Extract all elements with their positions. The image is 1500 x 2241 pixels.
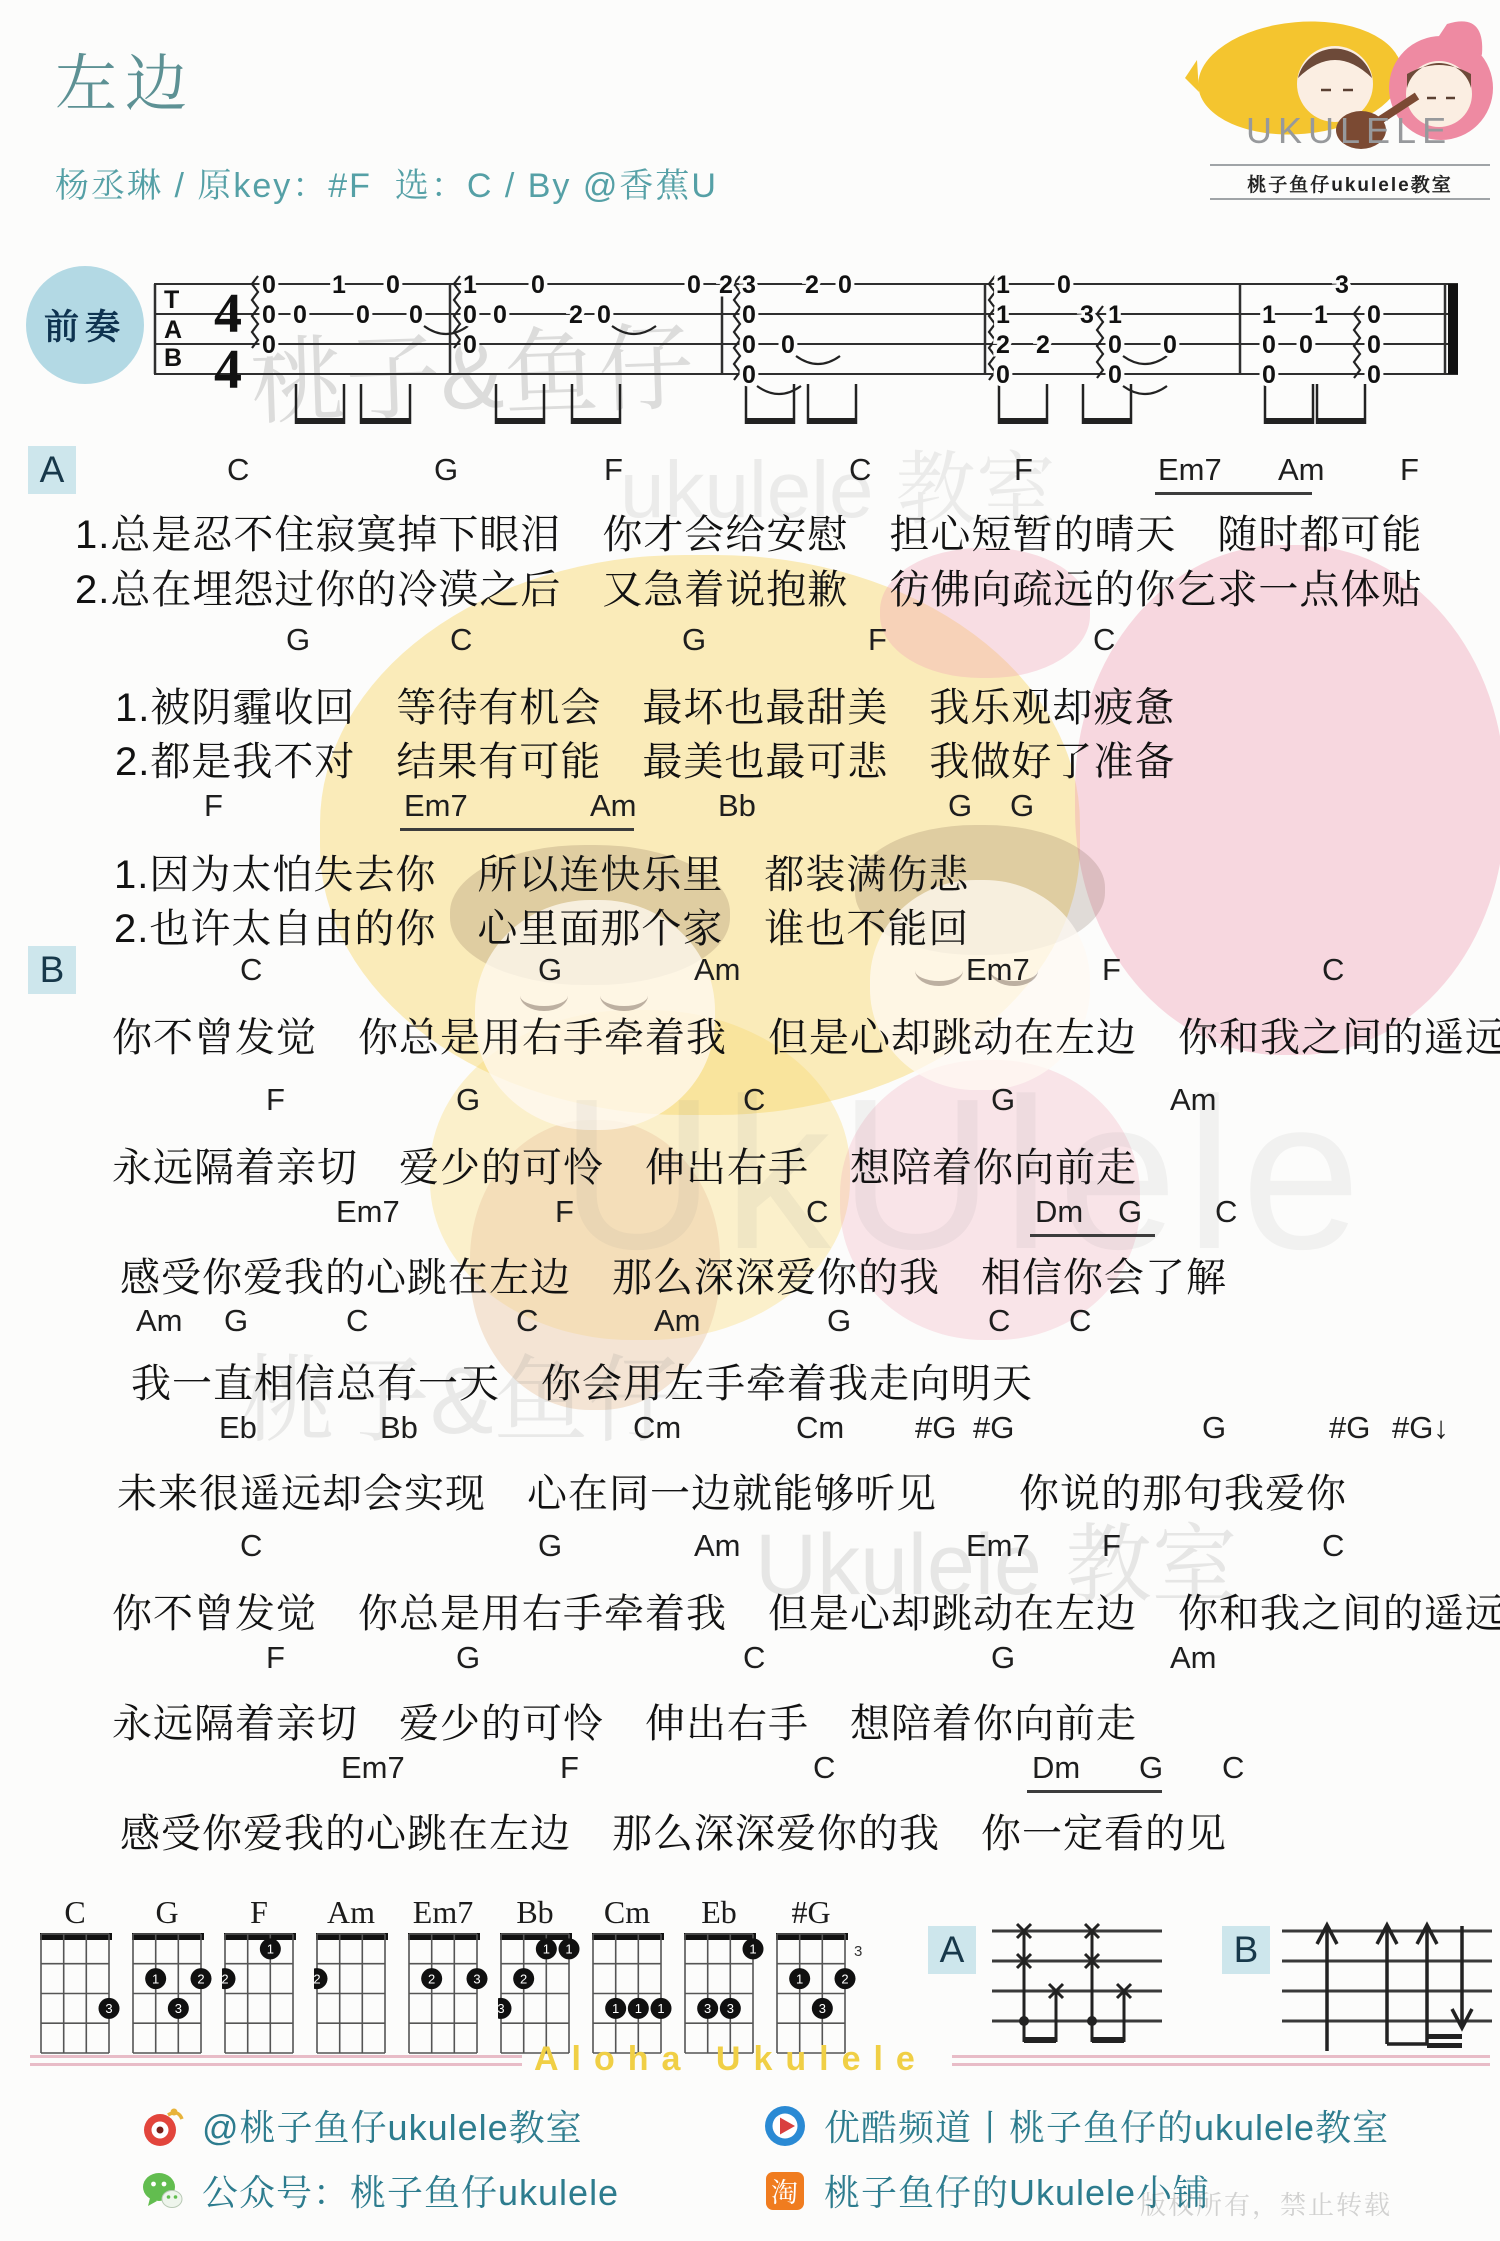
tab-note: 0 [531,272,545,299]
footer-divider-left [30,2063,522,2066]
chord-underline [1027,1790,1162,1793]
section-label-b: B [28,946,76,994]
chord-label: F [1102,952,1121,988]
tab-note: 0 [1299,331,1313,359]
tab-note: 1 [1314,301,1328,329]
lyric-line: 1.因为太怕失去你 所以连快乐里 都装满伤悲 [114,843,969,900]
chord-label: G [538,1528,562,1564]
svg-text:3: 3 [175,2001,182,2016]
chord-label: C [240,952,262,988]
svg-text:1: 1 [543,1942,550,1957]
song-meta: 杨丞琳 / 原key：#F 选：C / By @香蕉U [55,158,718,207]
chord-label: C [743,1082,765,1118]
chord-label: #G [915,1410,956,1446]
chord-label: F [266,1640,285,1676]
chord-label: G [1118,1194,1142,1230]
svg-text:2: 2 [197,1971,204,1986]
tab-note: 0 [1367,361,1381,389]
song-title: 左边 [55,34,195,123]
tab-note: 0 [262,331,276,359]
tab-note: 0 [1367,301,1381,329]
svg-text:2: 2 [841,1971,848,1986]
tab-note: 0 [1057,272,1071,299]
svg-text:1: 1 [657,2001,664,2016]
chord-label: F [604,452,623,488]
chord-diagram-name: Am [305,1894,397,1931]
tab-note: 0 [463,301,477,329]
tab-note: 2 [719,272,733,299]
chord-label: C [1222,1750,1244,1786]
lyric-line: 你不曾发觉 你总是用右手牵着我 但是心却跳动在左边 你和我之间的遥远 [112,1582,1500,1639]
chord-label: C [849,452,871,488]
svg-text:B: B [164,344,182,372]
chord-label: Em7 [336,1194,400,1230]
chord-underline [400,828,634,831]
chord-diagram-grid: 23 [406,1932,496,2062]
svg-text:1: 1 [796,1971,803,1986]
footer-weibo-text: @桃子鱼仔ukulele教室 [202,2100,583,2151]
chord-label: C [988,1303,1010,1339]
chord-label: C [516,1303,538,1339]
chord-label: G [224,1303,248,1339]
chord-label: Am [1170,1082,1217,1118]
tab-note: 0 [1262,331,1276,359]
chord-underline [1030,1234,1155,1237]
chord-label: Dm [1032,1750,1080,1786]
lyric-line: 1.总是忍不住寂寞掉下眼泪 你才会给安慰 担心短暂的晴天 随时都可能 [75,503,1422,560]
intro-section-badge: 前奏 [26,266,144,384]
tab-note: 0 [262,272,276,299]
chord-diagram-grid: 123 [130,1932,220,2062]
chord-diagram-name: F [213,1894,305,1931]
tab-note: 0 [597,301,611,329]
chord-label: G [991,1082,1015,1118]
chord-label: Bb [718,788,756,824]
chord-label: Cm [633,1410,681,1446]
lyric-line: 2.都是我不对 结果有可能 最美也最可悲 我做好了准备 [115,730,1175,787]
chord-label: G [1202,1410,1226,1446]
chord-label: Em7 [1158,452,1222,488]
lyric-line: 感受你爱我的心跳在左边 那么深深爱你的我 你一定看的见 [120,1802,1227,1859]
chord-label: G [286,622,310,658]
strum-pattern-a [992,1916,1167,2061]
lyric-line: 永远隔着亲切 爱少的可怜 伸出右手 想陪着你向前走 [112,1692,1137,1749]
taobao-icon: 淘 [762,2168,808,2214]
chord-label: Am [590,788,637,824]
lyric-line: 永远隔着亲切 爱少的可怜 伸出右手 想陪着你向前走 [112,1136,1137,1193]
chord-label: G [827,1303,851,1339]
tab-note: 2 [569,301,583,329]
chord-label: G [1010,788,1034,824]
lyric-line: 我一直相信总有一天 你会用左手牵着我走向明天 [131,1352,1033,1409]
svg-text:1: 1 [612,2001,619,2016]
tab-note: 0 [409,301,423,329]
footer-youku: 优酷频道丨桃子鱼仔的ukulele教室 [762,2100,1389,2151]
chord-label: F [555,1194,574,1230]
chord-label: C [346,1303,368,1339]
tab-note: 0 [1108,331,1122,359]
chord-diagram-name: Em7 [397,1894,489,1931]
chord-label: C [240,1528,262,1564]
tab-note: 3 [1080,301,1094,329]
svg-text:4: 4 [214,339,242,401]
lyric-line: 感受你爱我的心跳在左边 那么深深爱你的我 相信你会了解 [120,1246,1227,1303]
svg-text:1: 1 [565,1942,572,1957]
chord-label: Am [1278,452,1325,488]
tab-note: 0 [742,301,756,329]
logo-divider-bottom [1210,198,1490,200]
pattern-a-label: A [928,1926,976,1974]
chord-label: Em7 [966,952,1030,988]
footer-wechat: 公众号：桃子鱼仔ukulele [140,2165,619,2216]
chord-label: #G [973,1410,1014,1446]
tab-note: 0 [1262,361,1276,389]
tab-note: 2 [805,272,819,299]
svg-text:T: T [164,286,179,314]
tab-note: 0 [781,331,795,359]
tab-note: 1 [996,272,1010,299]
chord-label: G [434,452,458,488]
chord-diagram-name: C [29,1894,121,1931]
chord-label: Eb [219,1410,257,1446]
svg-text:3: 3 [854,1943,862,1960]
lyric-line: 你不曾发觉 你总是用右手牵着我 但是心却跳动在左边 你和我之间的遥远 [112,1006,1500,1063]
tab-note: 0 [742,331,756,359]
logo-caption-text: 桃子鱼仔ukulele教室 [1210,170,1490,197]
tab-note: 0 [356,301,370,329]
chord-label: F [560,1750,579,1786]
chord-label: C [743,1640,765,1676]
chord-label: F [266,1082,285,1118]
svg-text:1: 1 [152,1971,159,1986]
svg-text:A: A [164,316,182,344]
chord-label: C [1322,1528,1344,1564]
weibo-icon [140,2103,186,2149]
pattern-b-label: B [1222,1926,1270,1974]
tab-note: 0 [838,272,852,299]
chord-label: G [948,788,972,824]
tab-note: 0 [742,361,756,389]
tab-note: 0 [493,301,507,329]
aloha-banner-text: Aloha Ukulele [534,2040,928,2079]
tab-note: 0 [293,301,307,329]
youku-play-icon [762,2103,808,2149]
svg-text:1: 1 [635,2001,642,2016]
svg-text:3: 3 [727,2001,734,2016]
chord-label: C [1215,1194,1237,1230]
svg-text:2: 2 [314,1971,321,1986]
chord-label: G [456,1082,480,1118]
chord-label: Am [1170,1640,1217,1676]
wechat-icon [140,2168,186,2214]
taobao-glyph: 淘 [771,2178,799,2208]
tab-note: 1 [332,272,346,299]
chord-label: Em7 [341,1750,405,1786]
svg-text:3: 3 [105,2001,112,2016]
chord-label: G [538,952,562,988]
lyric-line: 1.被阴霾收回 等待有机会 最坏也最甜美 我乐观却疲惫 [115,676,1175,733]
chord-label: C [1093,622,1115,658]
footer-weibo: @桃子鱼仔ukulele教室 [140,2100,583,2151]
tab-note: 0 [262,301,276,329]
tab-note: 1 [463,272,477,299]
chord-diagram-name: Eb [673,1894,765,1931]
chord-label: G [1139,1750,1163,1786]
tab-note: 3 [742,272,756,299]
chord-label: Am [694,1528,741,1564]
chord-diagram-grid: 3 [38,1932,128,2062]
chord-label: G [682,622,706,658]
section-label-a: A [28,446,76,494]
chord-label: #G↓ [1392,1410,1449,1446]
copyright-watermark: 版权所有，禁止转载 [1140,2185,1392,2222]
tab-note: 0 [463,331,477,359]
svg-text:2: 2 [520,1971,527,1986]
chord-diagram-name: #G [765,1894,857,1931]
chord-label: F [1014,452,1033,488]
chord-label: G [456,1640,480,1676]
svg-text:4: 4 [214,283,242,345]
chord-label: F [868,622,887,658]
chord-label: C [813,1750,835,1786]
tab-note: 0 [996,361,1010,389]
chord-label: Em7 [966,1528,1030,1564]
lyric-line: 2.总在埋怨过你的冷漠之后 又急着说抱歉 彷佛向疏远的你乞求一点体贴 [75,558,1422,615]
chord-label: C [1069,1303,1091,1339]
svg-text:1: 1 [749,1942,756,1957]
chord-label: G [991,1640,1015,1676]
footer-wechat-text: 公众号：桃子鱼仔ukulele [202,2165,619,2216]
intro-tab-staff: TAB4400001000100002002300002011202031000… [148,272,1500,462]
tab-note: 0 [386,272,400,299]
svg-text:3: 3 [819,2001,826,2016]
chord-label: Am [136,1303,183,1339]
chord-label: C [1322,952,1344,988]
logo-brand-text: UKULELE [1246,110,1452,152]
svg-text:3: 3 [473,1971,480,1986]
tab-note: 2 [996,331,1010,359]
tab-note: 1 [996,301,1010,329]
chord-label: Em7 [404,788,468,824]
strum-pattern-b [1282,1916,1497,2066]
tab-note: 3 [1335,272,1349,299]
tab-note: 1 [1262,301,1276,329]
footer-divider-right [952,2055,1490,2058]
chord-label: F [1102,1528,1121,1564]
tab-note: 1 [1108,301,1122,329]
footer-divider-right [952,2063,1490,2066]
sheet-page: 桃子&鱼仔 ukulele 教室 UkUlele 桃子&鱼仔 Ukulele 教… [0,0,1500,2241]
chord-label: Am [694,952,741,988]
tab-note: 0 [1367,331,1381,359]
chord-diagram-name: Cm [581,1894,673,1931]
lyric-line: 2.也许太自由的你 心里面那个家 谁也不能回 [114,897,969,954]
chord-diagram-grid: 2 [314,1932,404,2062]
chord-label: Dm [1035,1194,1083,1230]
footer-divider-left [30,2055,522,2058]
chord-label: C [806,1194,828,1230]
chord-label: C [450,622,472,658]
footer-youku-text: 优酷频道丨桃子鱼仔的ukulele教室 [824,2100,1389,2151]
svg-text:2: 2 [222,1971,229,1986]
svg-text:3: 3 [498,2001,505,2016]
logo-divider-top [1210,164,1490,166]
tab-note: 0 [687,272,701,299]
chord-label: Bb [380,1410,418,1446]
sheet-content: 左边 杨丞琳 / 原key：#F 选：C / By @香蕉U UKULELE 桃… [0,0,1500,2241]
chord-label: #G [1329,1410,1370,1446]
chord-diagram-name: Bb [489,1894,581,1931]
chord-diagram-grid: 12 [222,1932,312,2062]
svg-text:2: 2 [428,1971,435,1986]
chord-diagram-name: G [121,1894,213,1931]
tab-note: 2 [1036,331,1050,359]
chord-label: F [1400,452,1419,488]
chord-label: Am [654,1303,701,1339]
svg-text:3: 3 [704,2001,711,2016]
lyric-line: 未来很遥远却会实现 心在同一边就能够听见 你说的那句我爱你 [117,1462,1347,1519]
chord-label: C [227,452,249,488]
chord-underline [1155,492,1312,495]
tab-note: 0 [1163,331,1177,359]
tab-note: 0 [1108,361,1122,389]
chord-label: F [204,788,223,824]
svg-text:1: 1 [267,1942,274,1957]
chord-label: Cm [796,1410,844,1446]
